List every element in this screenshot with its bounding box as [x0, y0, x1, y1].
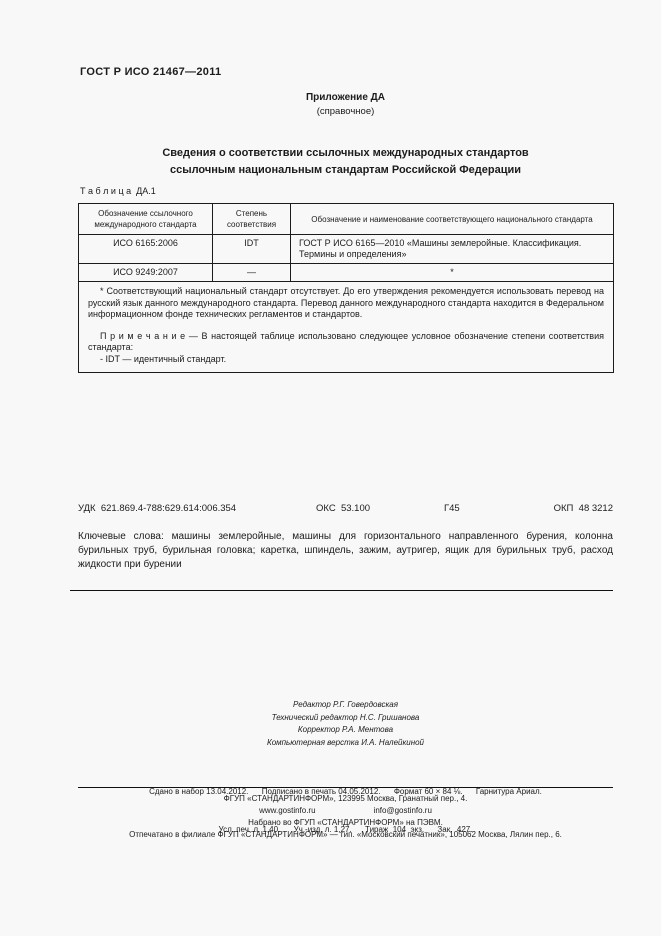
- publisher-block: ФГУП «СТАНДАРТИНФОРМ», 123995 Москва, Гр…: [78, 793, 613, 841]
- editorial-credits: Редактор Р.Г. Говердовская Технический р…: [78, 699, 613, 749]
- credit-corrector: Корректор Р.А. Ментова: [78, 724, 613, 737]
- section-title-line1: Сведения о соответствии ссылочных междун…: [78, 145, 613, 162]
- publisher-website: www.gostinfo.ru: [259, 805, 315, 817]
- table-note: П р и м е ч а н и е — В настоящей таблиц…: [88, 331, 604, 354]
- correspondence-table: Обозначение ссылочного международного ст…: [78, 203, 614, 373]
- intl-standard-cell: ИСО 6165:2006: [79, 235, 213, 264]
- udk-code: УДК 621.869.4-788:629.614:006.354: [78, 503, 236, 514]
- credit-editor: Редактор Р.Г. Говердовская: [78, 699, 613, 712]
- degree-cell: —: [213, 264, 291, 282]
- okp-code: ОКП 48 3212: [554, 503, 613, 514]
- section-title-line2: ссылочным национальным стандартам Россий…: [78, 162, 613, 179]
- table-note-item: - IDT — идентичный стандарт.: [88, 354, 604, 366]
- column-header-degree: Степень соответствия: [213, 204, 291, 235]
- table-row: ИСО 6165:2006 IDT ГОСТ Р ИСО 6165—2010 «…: [79, 235, 614, 264]
- table-footnote-cell: * Соответствующий национальный стандарт …: [79, 282, 614, 373]
- publisher-address: ФГУП «СТАНДАРТИНФОРМ», 123995 Москва, Гр…: [78, 793, 613, 805]
- national-standard-cell: *: [291, 264, 614, 282]
- oks-code: ОКС 53.100: [316, 503, 370, 514]
- table-row: ИСО 9249:2007 — *: [79, 264, 614, 282]
- degree-cell: IDT: [213, 235, 291, 264]
- publisher-printed-line: Отпечатано в филиале ФГУП «СТАНДАРТИНФОР…: [78, 829, 613, 841]
- doc-code: ГОСТ Р ИСО 21467—2011: [80, 66, 221, 78]
- table-footnote: * Соответствующий национальный стандарт …: [88, 286, 604, 321]
- section-title: Сведения о соответствии ссылочных междун…: [78, 145, 613, 179]
- credit-technical-editor: Технический редактор Н.С. Гришанова: [78, 712, 613, 725]
- publisher-email: info@gostinfo.ru: [374, 805, 432, 817]
- table-caption: Т а б л и ц а ДА.1: [80, 186, 156, 196]
- table-header-row: Обозначение ссылочного международного ст…: [79, 204, 614, 235]
- annex-title: Приложение ДА: [78, 92, 613, 103]
- publisher-typeset-line: Набрано во ФГУП «СТАНДАРТИНФОРМ» на ПЭВМ…: [78, 817, 613, 829]
- annex-subtitle: (справочное): [78, 106, 613, 117]
- document-page: ГОСТ Р ИСО 21467—2011 Приложение ДА (спр…: [0, 0, 661, 936]
- intl-standard-cell: ИСО 9249:2007: [79, 264, 213, 282]
- publisher-contacts: www.gostinfo.ru info@gostinfo.ru: [78, 805, 613, 817]
- horizontal-rule-bottom: [78, 787, 613, 788]
- classification-codes: УДК 621.869.4-788:629.614:006.354 ОКС 53…: [78, 503, 613, 516]
- national-standard-cell: ГОСТ Р ИСО 6165—2010 «Машины землеройные…: [291, 235, 614, 264]
- table-footnote-row: * Соответствующий национальный стандарт …: [79, 282, 614, 373]
- column-header-intl-standard: Обозначение ссылочного международного ст…: [79, 204, 213, 235]
- annex-heading: Приложение ДА (справочное): [78, 92, 613, 117]
- column-header-national-standard: Обозначение и наименование соответствующ…: [291, 204, 614, 235]
- credit-layout: Компьютерная верстка И.А. Налейкиной: [78, 737, 613, 750]
- group-code: Г45: [444, 503, 460, 514]
- horizontal-rule-top: [70, 590, 613, 591]
- keywords-paragraph: Ключевые слова: машины землеройные, маши…: [78, 530, 613, 572]
